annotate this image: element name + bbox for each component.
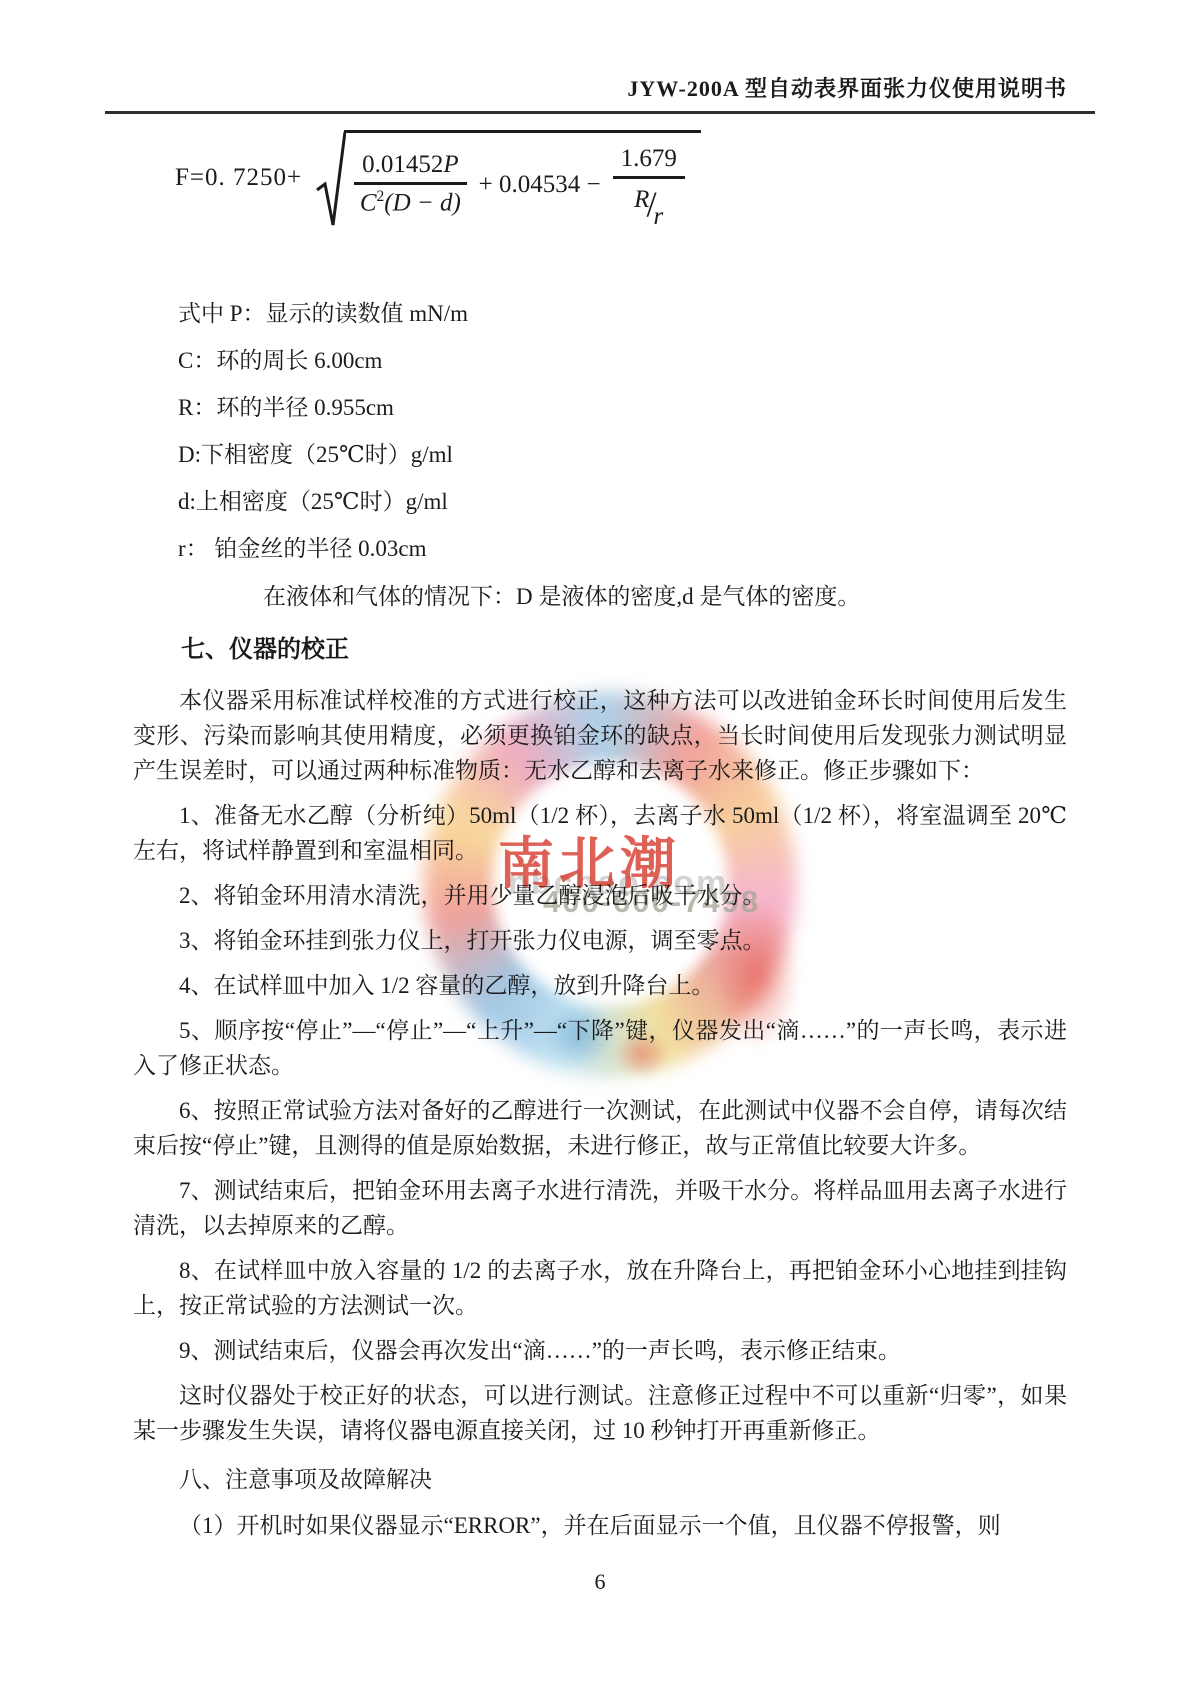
definition-line-r: r： 铂金丝的半径 0.03cm xyxy=(178,531,1067,567)
liquid-gas-note: 在液体和气体的情况下：D 是液体的密度,d 是气体的密度。 xyxy=(133,579,1067,615)
definition-line-d: d:上相密度（25℃时）g/ml xyxy=(178,484,1067,520)
variables-D-d: (D − d) xyxy=(384,190,461,217)
fraction-2-denominator: R/r xyxy=(634,179,663,224)
coefficient: 0.01452 xyxy=(362,151,443,178)
calibration-intro: 本仪器采用标准试样校准的方式进行校正，这种方法可以改进铂金环长时间使用后发生变形… xyxy=(133,683,1067,788)
calibration-step-7: 7、测试结束后，把铂金环用去离子水进行清洗，并吸干水分。将样品皿用去离子水进行清… xyxy=(133,1173,1067,1243)
radical-sign-icon xyxy=(316,130,346,230)
header-title: JYW-200A 型自动表界面张力仪使用说明书 xyxy=(627,76,1067,101)
calibration-step-2: 2、将铂金环用清水清洗，并用少量乙醇浸泡后吸干水分。 xyxy=(133,878,1067,913)
formula-middle-terms: + 0.04534 − xyxy=(479,171,601,199)
section-8-heading: 八、注意事项及故障解决 xyxy=(133,1462,1067,1498)
fraction-term-2: 1.679 R/r xyxy=(613,145,685,224)
variable-P: P xyxy=(443,151,458,178)
page-number: 6 xyxy=(133,1569,1067,1595)
definition-line-P: 式中 P：显示的读数值 mN/m xyxy=(178,296,1067,332)
radicand: 0.01452P C2(D − d) + 0.04534 − 1.679 R/r xyxy=(344,130,701,230)
variable-r: r xyxy=(654,203,664,230)
calibration-step-6: 6、按照正常试验方法对备好的乙醇进行一次测试，在此测试中仪器不会自停，请每次结束… xyxy=(133,1093,1067,1163)
calibration-step-3: 3、将铂金环挂到张力仪上，打开张力仪电源，调至零点。 xyxy=(133,923,1067,958)
definition-line-C: C：环的周长 6.00cm xyxy=(178,343,1067,379)
calibration-step-4: 4、在试样皿中加入 1/2 容量的乙醇，放到升降台上。 xyxy=(133,968,1067,1003)
fraction-1-numerator: 0.01452P xyxy=(354,151,467,185)
definition-line-R: R：环的半径 0.955cm xyxy=(178,390,1067,426)
header-rule xyxy=(105,111,1095,114)
manual-page: nbchao.com 南北潮 400-600-7498 JYW-200A 型自动… xyxy=(0,0,1200,1697)
page-content: JYW-200A 型自动表界面张力仪使用说明书 F=0. 7250+ 0.014… xyxy=(0,0,1200,1595)
section-7-heading: 七、仪器的校正 xyxy=(133,631,1067,669)
formula-correction-factor: F=0. 7250+ 0.01452P C2(D − d) + 0.04534 … xyxy=(133,130,1067,238)
calibration-step-5: 5、顺序按“停止”—“停止”—“上升”—“下降”键，仪器发出“滴……”的一声长鸣… xyxy=(133,1013,1067,1083)
calibration-closing: 这时仪器处于校正好的状态，可以进行测试。注意修正过程中不可以重新“归零”，如果某… xyxy=(133,1378,1067,1448)
notes-item-1: （1）开机时如果仪器显示“ERROR”，并在后面显示一个值，且仪器不停报警，则 xyxy=(133,1508,1067,1543)
fraction-1-denominator: C2(D − d) xyxy=(360,185,461,217)
calibration-step-9: 9、测试结束后，仪器会再次发出“滴……”的一声长鸣，表示修正结束。 xyxy=(133,1333,1067,1368)
fraction-term-1: 0.01452P C2(D − d) xyxy=(354,151,467,217)
symbol-definitions: 式中 P：显示的读数值 mN/m C：环的周长 6.00cm R：环的半径 0.… xyxy=(133,296,1067,567)
calibration-step-8: 8、在试样皿中放入容量的 1/2 的去离子水，放在升降台上，再把铂金环小心地挂到… xyxy=(133,1253,1067,1323)
fraction-2-numerator: 1.679 xyxy=(613,145,685,179)
formula-square-root: 0.01452P C2(D − d) + 0.04534 − 1.679 R/r xyxy=(316,130,701,230)
definition-line-D: D:下相密度（25℃时）g/ml xyxy=(178,437,1067,473)
formula-prefix: F=0. 7250+ xyxy=(175,164,302,192)
page-header: JYW-200A 型自动表界面张力仪使用说明书 xyxy=(133,0,1067,103)
variable-C: C xyxy=(360,190,377,217)
calibration-step-1: 1、准备无水乙醇（分析纯）50ml（1/2 杯），去离子水 50ml（1/2 杯… xyxy=(133,798,1067,868)
